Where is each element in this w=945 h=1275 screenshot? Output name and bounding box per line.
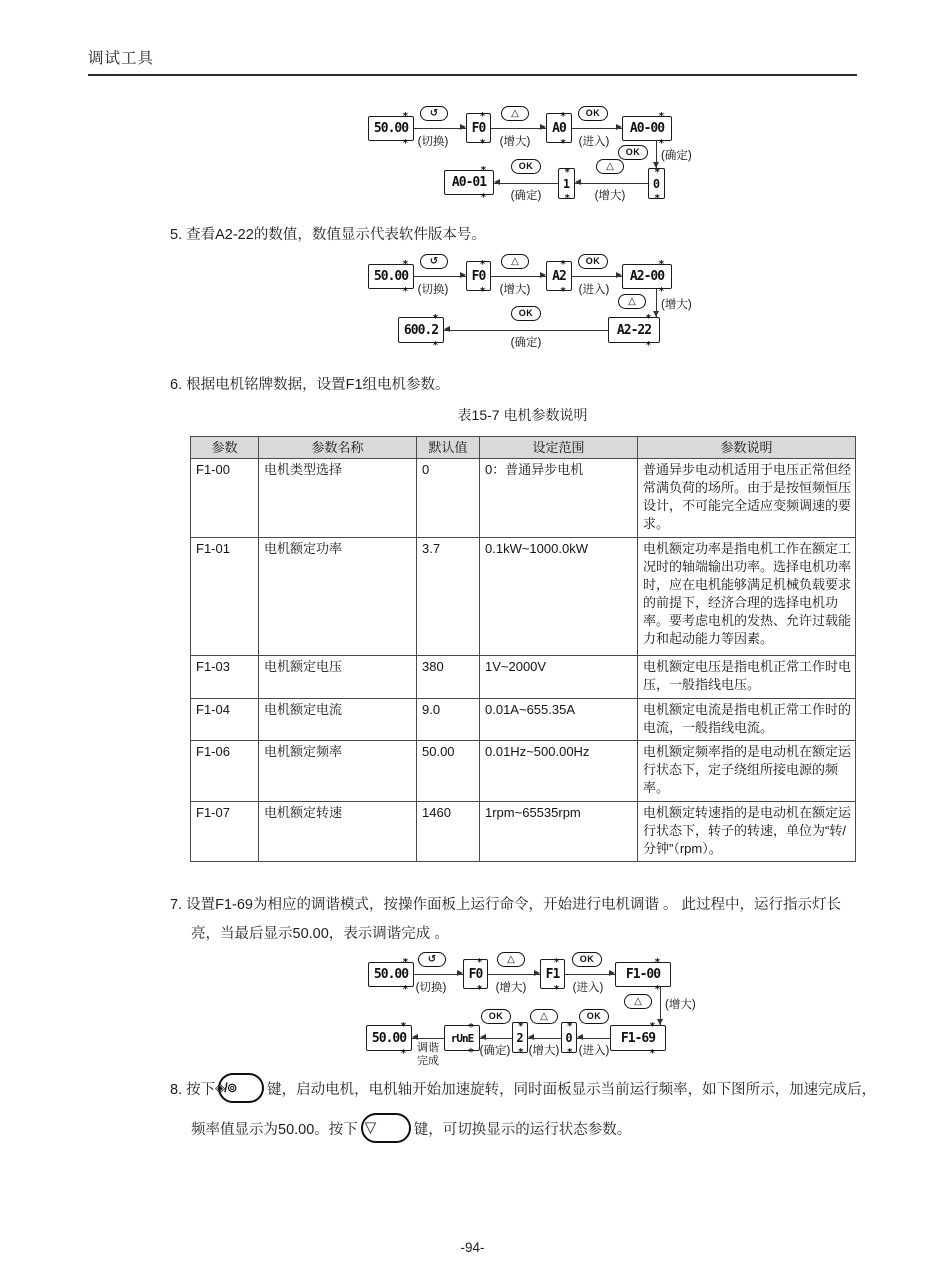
- table-row: F1-03 电机额定电压 380 1V~2000V 电机额定电压是指电机正常工作…: [191, 656, 856, 699]
- seg-display-f0: F0: [466, 261, 491, 291]
- step-8-part1: 8. 按下: [170, 1082, 215, 1098]
- tuning-done-line2: 完成: [417, 1055, 439, 1067]
- key-label-switch: (切换): [406, 979, 456, 995]
- ok-key-icon: OK: [578, 254, 608, 269]
- header-desc: 参数说明: [638, 437, 856, 459]
- arrow-left-icon: [444, 326, 450, 332]
- seg-display-f0: F0: [466, 113, 491, 143]
- connector-line: [414, 974, 463, 975]
- desc-cell: 普通异步电动机适用于电压正常但经常满负荷的场所。由于是按恒频恒压设计，不可能完全…: [638, 459, 856, 538]
- key-label-confirm: (确定): [504, 334, 548, 350]
- key-label-increase: (增大): [665, 996, 696, 1012]
- key-label-confirm: (确定): [661, 147, 692, 163]
- seg-display-a0: A0: [546, 113, 572, 143]
- step-6-text: 6. 根据电机铭牌数据，设置F1组电机参数。: [170, 371, 450, 400]
- seg-display-5000-done: 50.00: [366, 1025, 412, 1051]
- seg-display-digit2: 2: [512, 1022, 528, 1053]
- table-header-row: 参数 参数名称 默认值 设定范围 参数说明: [191, 437, 856, 459]
- seg-display-a001: A0-01: [444, 170, 494, 195]
- ok-key-icon: OK: [618, 145, 648, 160]
- default-cell: 3.7: [417, 538, 480, 656]
- connector-line: [488, 974, 540, 975]
- arrow-left-icon: [412, 1034, 418, 1040]
- desc-cell: 电机额定电压是指电机正常工作时电压，一般指线电压。: [638, 656, 856, 699]
- name-cell: 电机额定频率: [259, 741, 417, 802]
- back-key-icon: ↺: [420, 106, 448, 121]
- up-key-icon: △: [618, 294, 646, 309]
- seg-display-digit0: 0: [648, 168, 665, 199]
- connector-line: [572, 128, 622, 129]
- connector-line: [494, 183, 558, 184]
- header-param: 参数: [191, 437, 259, 459]
- desc-cell: 电机额定电流是指电机正常工作时的电流，一般指线电流。: [638, 699, 856, 741]
- ok-key-icon: OK: [579, 1009, 609, 1024]
- keypad-flow-diagram-a2: 50.00 ↺ (切换) F0 △ (增大) A2 OK (进入) A2-00 …: [360, 254, 700, 354]
- header-name: 参数名称: [259, 437, 417, 459]
- up-key-icon: △: [624, 994, 652, 1009]
- connector-line: [491, 276, 546, 277]
- param-cell: F1-06: [191, 741, 259, 802]
- up-key-icon: △: [501, 106, 529, 121]
- seg-display-f169: F1-69: [610, 1025, 666, 1051]
- name-cell: 电机额定电压: [259, 656, 417, 699]
- connector-line: [414, 276, 466, 277]
- step-7-text: 7. 设置F1-69为相应的调谐模式，按操作面板上运行命令，开始进行电机调谐 。…: [170, 891, 862, 949]
- arrow-left-icon: [575, 179, 581, 185]
- param-cell: F1-03: [191, 656, 259, 699]
- desc-cell: 电机额定频率指的是电动机在额定运行状态下，定子绕组所接电源的频率。: [638, 741, 856, 802]
- header-rule: [88, 74, 857, 76]
- table-caption: 表15-7 电机参数说明: [190, 405, 855, 425]
- key-label-enter: (进入): [575, 1042, 613, 1058]
- header-default: 默认值: [417, 437, 480, 459]
- table-row: F1-06 电机额定频率 50.00 0.01Hz~500.00Hz 电机额定频…: [191, 741, 856, 802]
- keypad-flow-diagram-f1: 50.00 ↺ (切换) F0 △ (增大) F1 OK (进入) F1-00 …: [360, 952, 705, 1064]
- default-cell: 1460: [417, 802, 480, 862]
- tuning-done-line1: 调谐: [417, 1042, 439, 1054]
- key-label-increase: (增大): [586, 187, 634, 203]
- range-cell: 1V~2000V: [480, 656, 638, 699]
- back-key-icon: ↺: [420, 254, 448, 269]
- desc-cell: 电机额定转速指的是电动机在额定运行状态下，转子的转速，单位为“转/分钟”（rpm…: [638, 802, 856, 862]
- step-5-text: 5. 查看A2-22的数值，数值显示代表软件版本号。: [170, 221, 486, 250]
- page-number: -94-: [0, 1240, 945, 1255]
- back-key-icon: ↺: [418, 952, 446, 967]
- ok-key-icon: OK: [572, 952, 602, 967]
- range-cell: 0：普通异步电机: [480, 459, 638, 538]
- seg-display-version: 600.2: [398, 317, 444, 343]
- name-cell: 电机额定电流: [259, 699, 417, 741]
- up-key-icon: △: [501, 254, 529, 269]
- step-8-part2: 键，启动电机，电机轴开始加速旋转，同时面板显示当前运行频率，如下图所示，加速完成: [267, 1082, 847, 1098]
- default-cell: 50.00: [417, 741, 480, 802]
- seg-display-digit0: 0: [561, 1022, 577, 1053]
- key-label-increase: (增大): [525, 1042, 563, 1058]
- seg-display-a200: A2-00: [622, 264, 672, 289]
- up-key-icon: △: [530, 1009, 558, 1024]
- table-row: F1-00 电机类型选择 0 0：普通异步电机 普通异步电动机适用于电压正常但经…: [191, 459, 856, 538]
- key-label-confirm: (确定): [476, 1042, 514, 1058]
- param-cell: F1-01: [191, 538, 259, 656]
- connector-line: [575, 183, 648, 184]
- ok-key-icon: OK: [578, 106, 608, 121]
- key-label-enter: (进入): [566, 979, 610, 995]
- arrow-left-icon: [577, 1034, 583, 1040]
- key-label-enter: (进入): [572, 281, 616, 297]
- name-cell: 电机额定转速: [259, 802, 417, 862]
- desc-cell: 电机额定功率是指电机工作在额定工况时的轴端输出功率。选择电机功率时，应在电机能够…: [638, 538, 856, 656]
- default-cell: 380: [417, 656, 480, 699]
- range-cell: 0.01A~655.35A: [480, 699, 638, 741]
- header-range: 设定范围: [480, 437, 638, 459]
- key-label-confirm: (确定): [504, 187, 548, 203]
- table-row: F1-01 电机额定功率 3.7 0.1kW~1000.0kW 电机额定功率是指…: [191, 538, 856, 656]
- key-label-increase: (增大): [490, 133, 540, 149]
- seg-display-a000: A0-00: [622, 116, 672, 141]
- key-label-increase: (增大): [490, 281, 540, 297]
- key-label-increase: (增大): [661, 296, 692, 312]
- key-label-enter: (进入): [572, 133, 616, 149]
- default-cell: 9.0: [417, 699, 480, 741]
- tuning-done-label: 调谐完成: [408, 1042, 448, 1068]
- name-cell: 电机额定功率: [259, 538, 417, 656]
- seg-display-f0: F0: [463, 959, 488, 989]
- motor-parameter-table: 参数 参数名称 默认值 设定范围 参数说明 F1-00 电机类型选择 0 0：普…: [190, 436, 856, 862]
- keypad-flow-diagram-a0: 50.00 ↺ (切换) F0 △ (增大) A0 OK (进入) A0-00 …: [360, 106, 695, 208]
- ok-key-icon: OK: [511, 306, 541, 321]
- step-8-text: 8. 按下◈/⊚键，启动电机，电机轴开始加速旋转，同时面板显示当前运行频率，如下…: [170, 1070, 882, 1150]
- connector-line: [414, 128, 466, 129]
- down-key-icon: ▽: [361, 1113, 411, 1143]
- range-cell: 0.01Hz~500.00Hz: [480, 741, 638, 802]
- manual-page: 调试工具 50.00 ↺ (切换) F0 △ (增大) A0 OK (进入) A…: [0, 0, 945, 1275]
- key-label-switch: (切换): [408, 133, 458, 149]
- up-key-icon: △: [497, 952, 525, 967]
- seg-display-a2: A2: [546, 261, 572, 291]
- seg-display-a222: A2-22: [608, 317, 660, 343]
- arrow-left-icon: [528, 1034, 534, 1040]
- page-title: 调试工具: [88, 46, 154, 68]
- run-stop-key-icon: ◈/⊚: [218, 1073, 264, 1103]
- table-row: F1-04 电机额定电流 9.0 0.01A~655.35A 电机额定电流是指电…: [191, 699, 856, 741]
- seg-display-tune: rUnE: [444, 1025, 480, 1051]
- default-cell: 0: [417, 459, 480, 538]
- seg-display-f100: F1-00: [615, 962, 671, 987]
- key-label-increase: (增大): [486, 979, 536, 995]
- seg-display-digit1: 1: [558, 168, 575, 199]
- arrow-left-icon: [480, 1034, 486, 1040]
- name-cell: 电机类型选择: [259, 459, 417, 538]
- arrow-left-icon: [494, 179, 500, 185]
- seg-display-f1: F1: [540, 959, 565, 989]
- key-label-switch: (切换): [408, 281, 458, 297]
- connector-line: [491, 128, 546, 129]
- connector-line: [572, 276, 622, 277]
- range-cell: 1rpm~65535rpm: [480, 802, 638, 862]
- ok-key-icon: OK: [511, 159, 541, 174]
- connector-line: [444, 330, 608, 331]
- ok-key-icon: OK: [481, 1009, 511, 1024]
- param-cell: F1-04: [191, 699, 259, 741]
- range-cell: 0.1kW~1000.0kW: [480, 538, 638, 656]
- connector-line: [565, 974, 615, 975]
- param-cell: F1-00: [191, 459, 259, 538]
- table-row: F1-07 电机额定转速 1460 1rpm~65535rpm 电机额定转速指的…: [191, 802, 856, 862]
- up-key-icon: △: [596, 159, 624, 174]
- step-8-part4: 键，可切换显示的运行状态参数。: [414, 1122, 632, 1138]
- param-cell: F1-07: [191, 802, 259, 862]
